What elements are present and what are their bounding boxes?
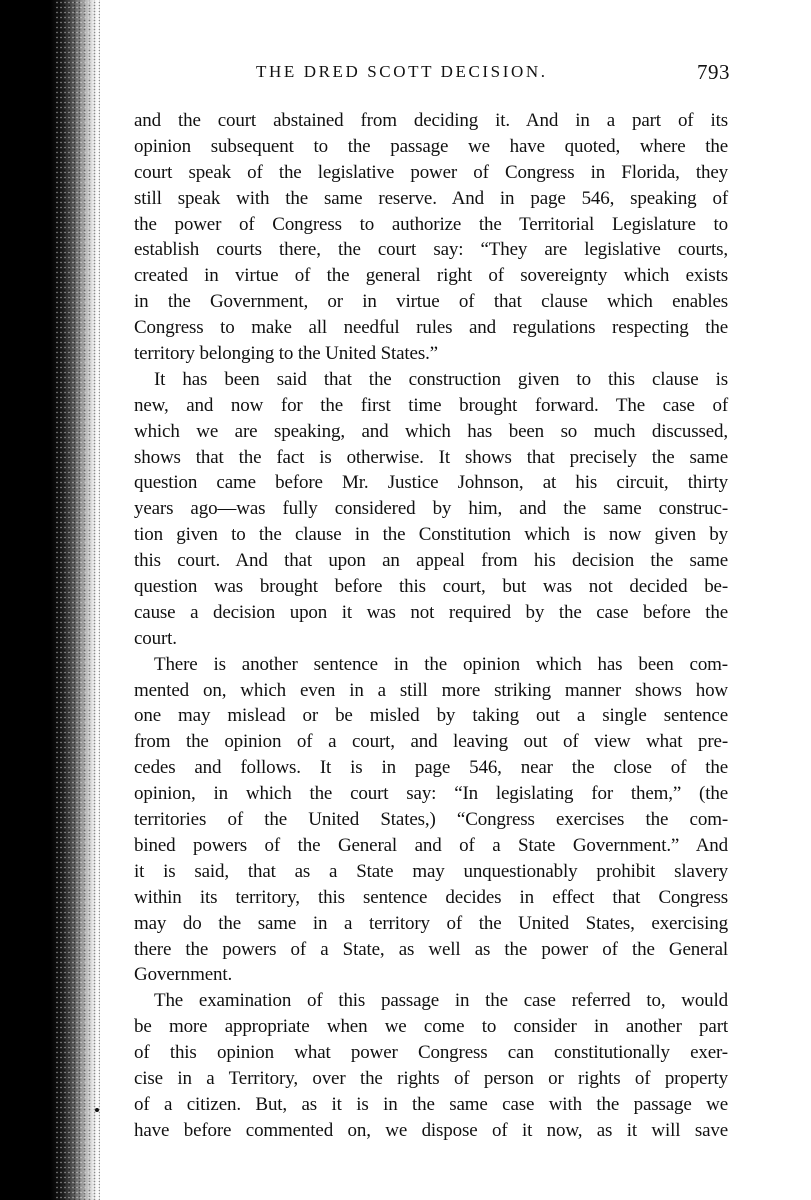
- text-line: It has been said that the construction g…: [134, 367, 728, 393]
- paragraph: The examination of this passage in the c…: [134, 988, 728, 1143]
- running-title: THE DRED SCOTT DECISION.: [256, 62, 548, 82]
- text-line: have before commented on, we dispose of …: [134, 1118, 728, 1144]
- text-line: and the court abstained from deciding it…: [134, 108, 728, 134]
- text-line: it is said, that as a State may unquesti…: [134, 859, 728, 885]
- text-line: territories of the United States,) “Cong…: [134, 807, 728, 833]
- text-line: opinion subsequent to the passage we hav…: [134, 134, 728, 160]
- text-line: opinion, in which the court say: “In leg…: [134, 781, 728, 807]
- margin-mark: [95, 1108, 99, 1112]
- text-line: There is another sentence in the opinion…: [134, 652, 728, 678]
- text-line: of this opinion what power Congress can …: [134, 1040, 728, 1066]
- text-line: new, and now for the first time brought …: [134, 393, 728, 419]
- text-line: still speak with the same reserve. And i…: [134, 186, 728, 212]
- text-line: territory belonging to the United States…: [134, 341, 728, 367]
- text-line: court speak of the legislative power of …: [134, 160, 728, 186]
- paragraph: There is another sentence in the opinion…: [134, 652, 728, 989]
- body-text: and the court abstained from deciding it…: [134, 108, 728, 1144]
- text-line: one may mislead or be misled by taking o…: [134, 703, 728, 729]
- text-line: years ago—was fully considered by him, a…: [134, 496, 728, 522]
- text-line: the power of Congress to authorize the T…: [134, 212, 728, 238]
- text-line: this court. And that upon an appeal from…: [134, 548, 728, 574]
- text-line: created in virtue of the general right o…: [134, 263, 728, 289]
- text-line: shows that the fact is otherwise. It sho…: [134, 445, 728, 471]
- running-head: THE DRED SCOTT DECISION. 793: [134, 60, 728, 96]
- book-page: THE DRED SCOTT DECISION. 793 and the cou…: [134, 60, 728, 1144]
- text-line: tion given to the clause in the Constitu…: [134, 522, 728, 548]
- text-line: from the opinion of a court, and leaving…: [134, 729, 728, 755]
- text-line: of a citizen. But, as it is in the same …: [134, 1092, 728, 1118]
- text-line: cise in a Territory, over the rights of …: [134, 1066, 728, 1092]
- text-line: court.: [134, 626, 728, 652]
- text-line: Congress to make all needful rules and r…: [134, 315, 728, 341]
- text-line: in the Government, or in virtue of that …: [134, 289, 728, 315]
- paragraph: and the court abstained from deciding it…: [134, 108, 728, 367]
- text-line: be more appropriate when we come to cons…: [134, 1014, 728, 1040]
- text-line: question came before Mr. Justice Johnson…: [134, 470, 728, 496]
- page-number: 793: [697, 60, 730, 85]
- text-line: establish courts there, the court say: “…: [134, 237, 728, 263]
- text-line: there the powers of a State, as well as …: [134, 937, 728, 963]
- text-line: bined powers of the General and of a Sta…: [134, 833, 728, 859]
- text-line: may do the same in a territory of the Un…: [134, 911, 728, 937]
- text-line: question was brought before this court, …: [134, 574, 728, 600]
- text-line: The examination of this passage in the c…: [134, 988, 728, 1014]
- text-line: cedes and follows. It is in page 546, ne…: [134, 755, 728, 781]
- text-line: Government.: [134, 962, 728, 988]
- text-line: mented on, which even in a still more st…: [134, 678, 728, 704]
- text-line: which we are speaking, and which has bee…: [134, 419, 728, 445]
- text-line: within its territory, this sentence deci…: [134, 885, 728, 911]
- scan-edge-noise: [55, 0, 100, 1200]
- paragraph: It has been said that the construction g…: [134, 367, 728, 652]
- text-line: cause a decision upon it was not require…: [134, 600, 728, 626]
